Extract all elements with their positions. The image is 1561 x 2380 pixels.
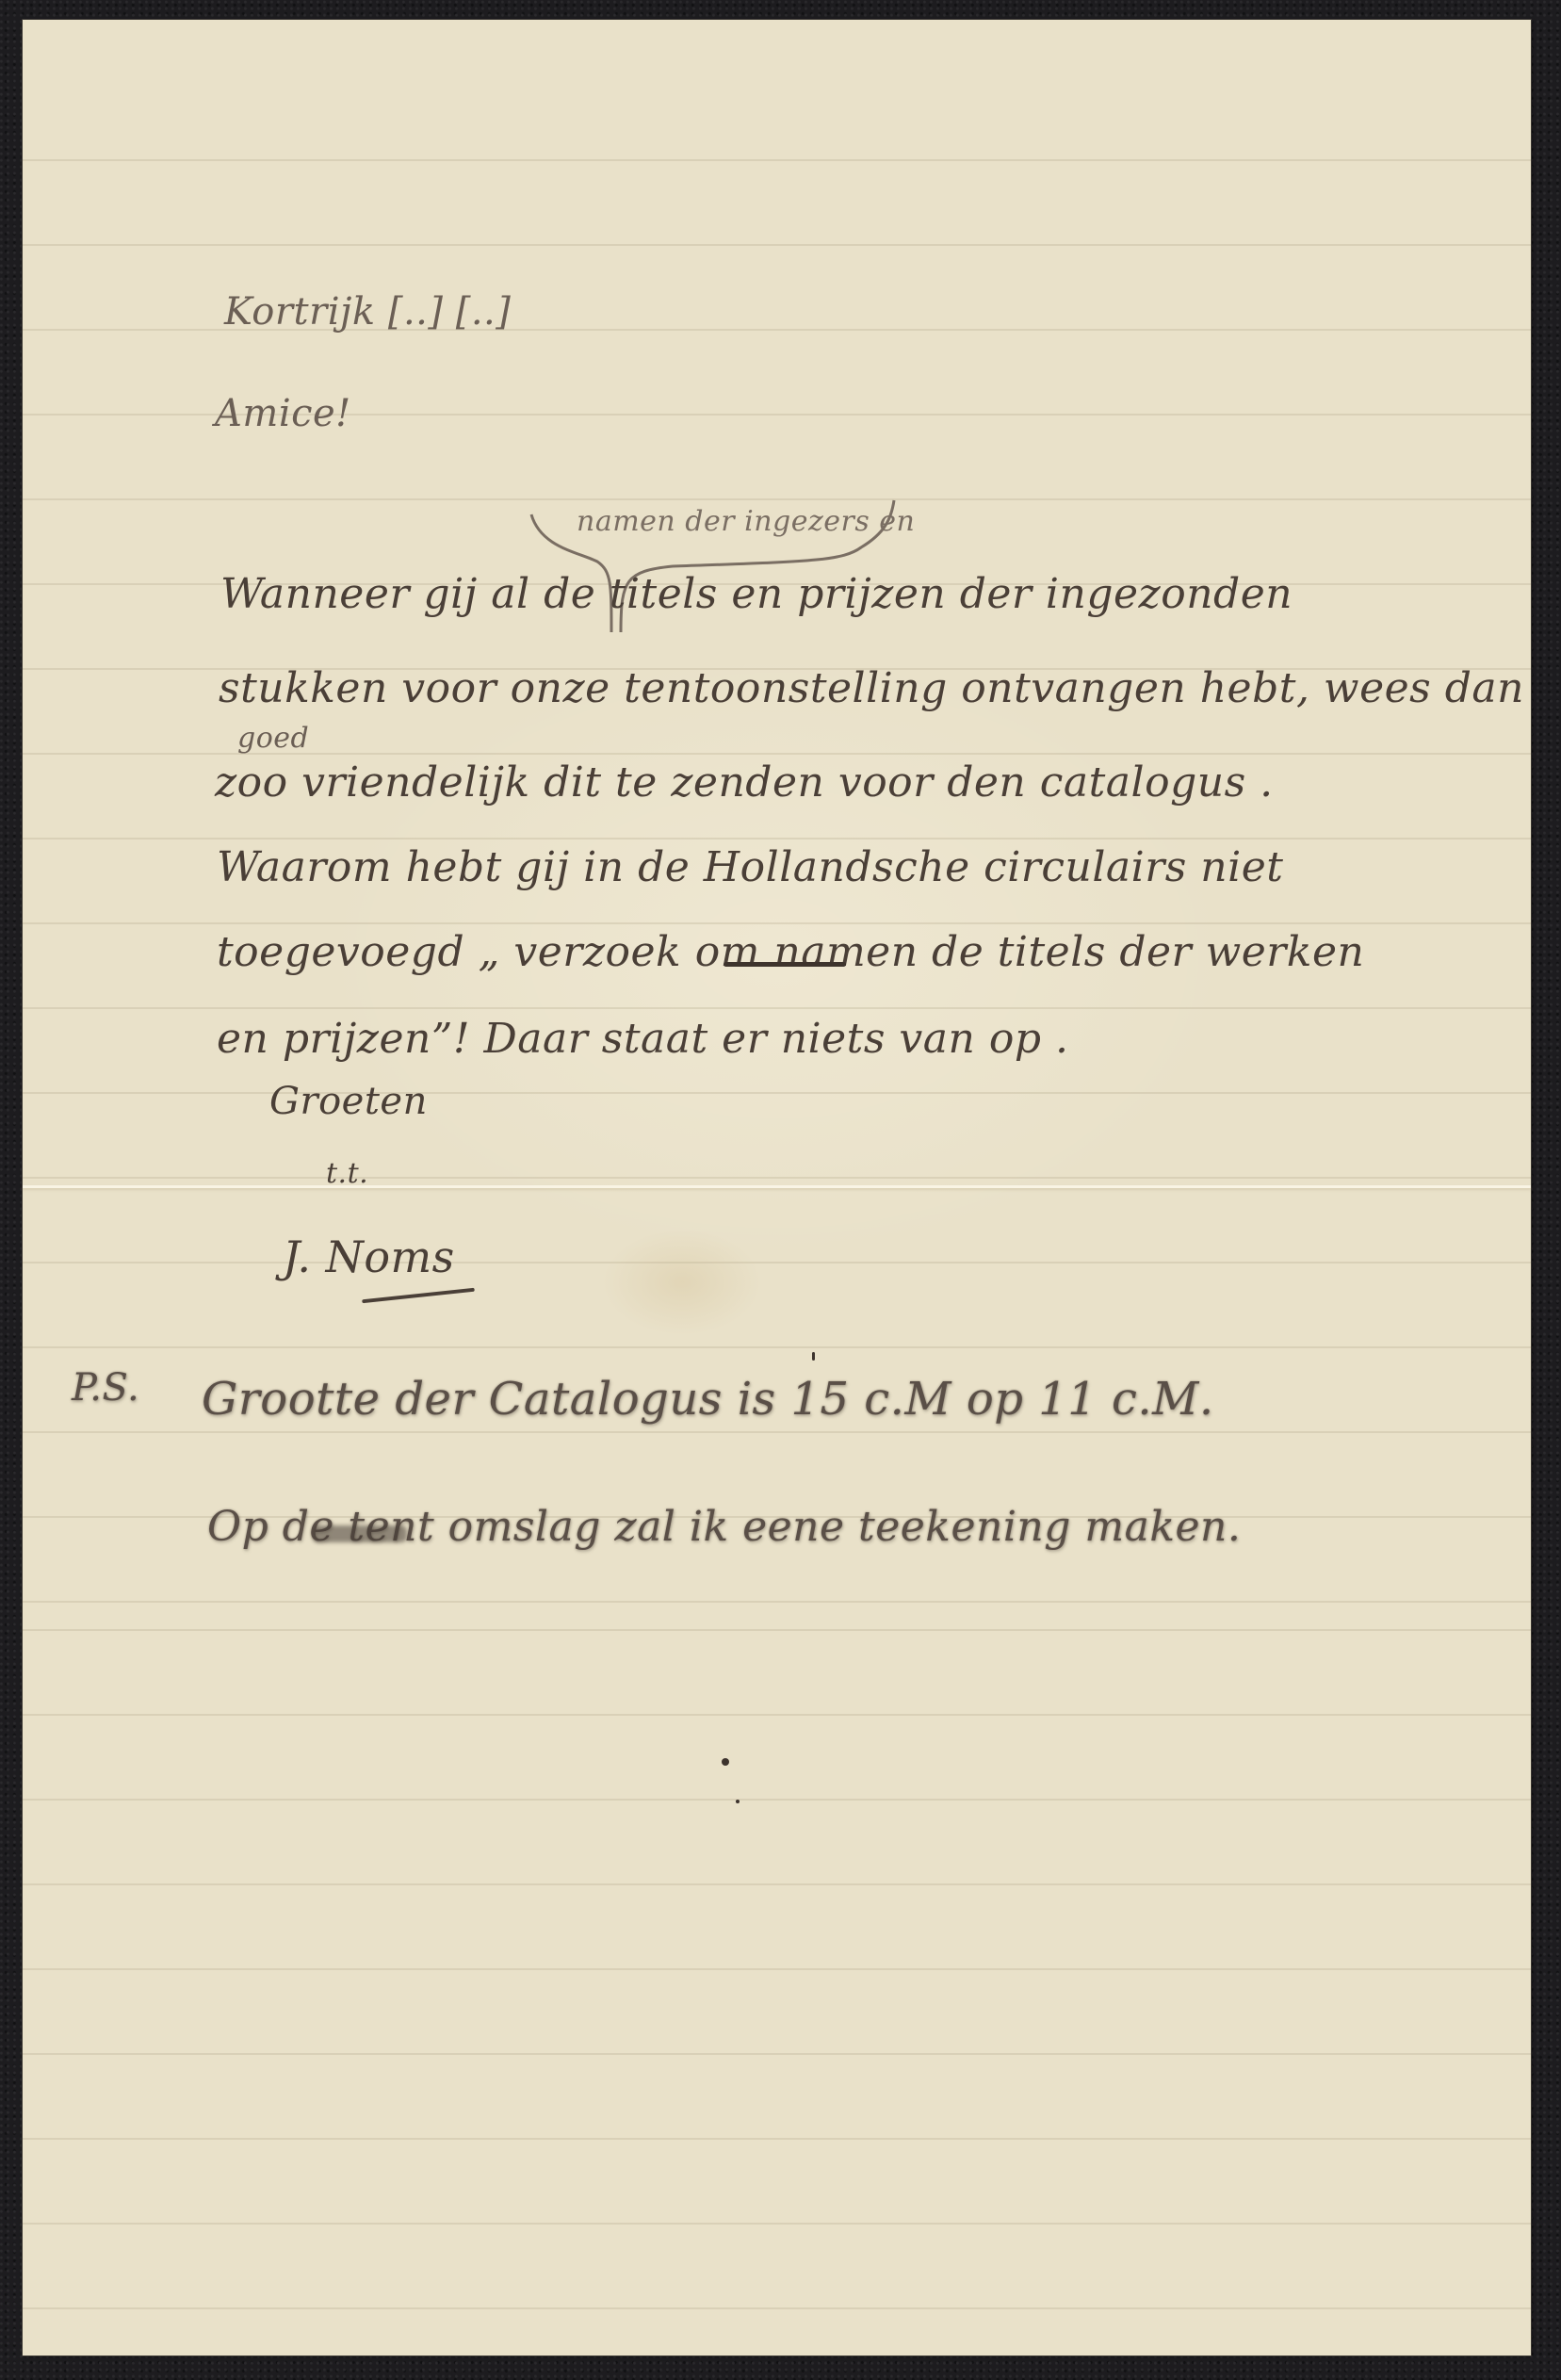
strikethrough-mark [724,962,846,967]
ruled-line [23,244,1531,246]
insertion-goed: goed [237,725,309,753]
ink-dot [736,1800,740,1803]
ruled-line [23,1346,1531,1348]
salutation: Amice! [215,395,351,432]
ink-dot [812,1352,815,1361]
ruled-line [23,2138,1531,2140]
ruled-line [23,1007,1531,1009]
postscript-label: P.S. [72,1369,139,1407]
ruled-line [23,1262,1531,1263]
signature-underline [362,1288,475,1304]
place-date: Kortrijk [..] [..] [224,293,511,331]
closing-2: t.t. [326,1160,368,1188]
paper-fold [23,1185,1531,1188]
ruled-line [23,2223,1531,2225]
closing: Groeten [269,1083,428,1120]
ruled-line [23,159,1531,161]
ruled-line [23,838,1531,840]
ruled-line [23,1177,1531,1179]
ink-dot [722,1758,729,1766]
ruled-line [23,1431,1531,1433]
letter-sheet: Kortrijk [..] [..] Amice! namen der inge… [23,20,1531,2356]
ink-smudge [313,1525,407,1542]
ruled-line [23,2053,1531,2055]
body-line-5: toegevoegd „ verzoek om namen de titels … [217,932,1364,973]
ruled-line [23,1092,1531,1094]
ruled-line [23,1883,1531,1885]
ruled-line [23,1629,1531,1631]
insertion-text: namen der ingezers en [577,508,915,536]
body-line-2: stukken voor onze tentoonstelling ontvan… [219,668,1524,709]
ruled-line [23,1714,1531,1716]
ruled-line [23,922,1531,924]
ruled-line [23,2307,1531,2309]
ruled-line [23,1601,1531,1603]
body-line-6: en prijzen”! Daar staat er niets van op … [217,1019,1068,1060]
ruled-line [23,1799,1531,1801]
signature: J. Noms [283,1235,455,1279]
ruled-line [23,1968,1531,1970]
body-line-3: zoo vriendelijk dit te zenden voor den c… [215,762,1274,804]
body-line-4: Waarom hebt gij in de Hollandsche circul… [217,847,1283,888]
postscript-line-1: Grootte der Catalogus is 15 c.M op 11 c.… [202,1377,1214,1422]
body-line-1: Wanneer gij al de titels en prijzen der … [220,574,1293,615]
